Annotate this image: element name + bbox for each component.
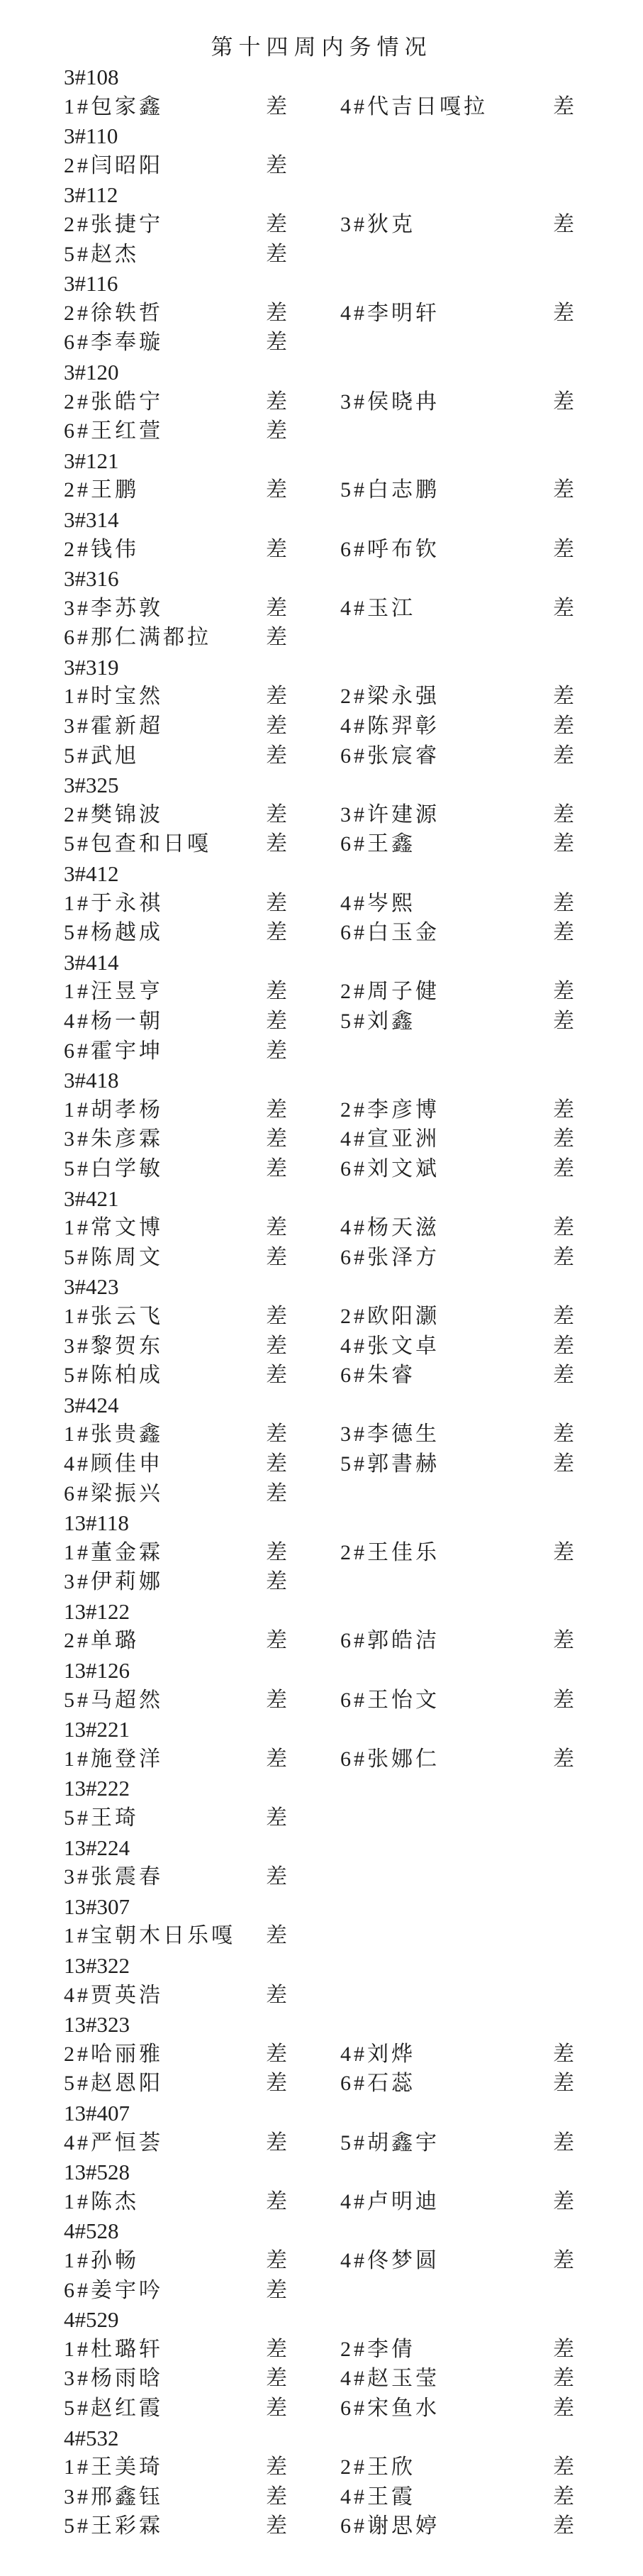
entry-row: 6#霍宇坤差 xyxy=(0,1037,643,1066)
room-number: 3#424 xyxy=(0,1391,643,1420)
grade-value: 差 xyxy=(266,829,340,859)
grade-value: 差 xyxy=(266,1538,340,1568)
student-name: 6#朱睿 xyxy=(340,1361,553,1391)
student-name: 1#时宝然 xyxy=(64,682,266,712)
student-name: 6#宋鱼水 xyxy=(340,2394,553,2423)
entry-row: 6#姜宇吟差 xyxy=(0,2276,643,2306)
grade-value: 差 xyxy=(266,977,340,1007)
room-section: 13#126 5#马超然差6#王怡文差 xyxy=(0,1656,643,1715)
grade-value: 差 xyxy=(266,1479,340,1509)
student-name: 2#单璐 xyxy=(64,1626,266,1656)
grade-value: 差 xyxy=(553,2511,596,2541)
entry-row: 2#樊锦波差3#许建源差 xyxy=(0,800,643,830)
grade-value: 差 xyxy=(266,1626,340,1656)
student-name: 6#姜宇吟 xyxy=(64,2276,266,2306)
grade-value: 差 xyxy=(266,741,340,771)
entry-row: 1#时宝然差2#梁永强差 xyxy=(0,682,643,712)
student-name: 2#张捷宁 xyxy=(64,210,266,240)
grade-value: 差 xyxy=(266,2128,340,2158)
room-section: 3#121 2#王鹏差5#白志鹏差 xyxy=(0,446,643,505)
student-name: 3#狄克 xyxy=(340,210,553,240)
entry-row: 1#王美琦差2#王欣差 xyxy=(0,2453,643,2482)
student-name: 5#武旭 xyxy=(64,741,266,771)
room-number: 4#528 xyxy=(0,2216,643,2246)
student-name: 6#石蕊 xyxy=(340,2069,553,2099)
room-section: 3#116 2#徐轶哲差4#李明轩差6#李奉璇差 xyxy=(0,269,643,358)
grade-value: 差 xyxy=(553,2128,596,2158)
student-name: 4#王霞 xyxy=(340,2482,553,2512)
room-number: 13#307 xyxy=(0,1892,643,1922)
entry-row: 4#严恒荟差5#胡鑫宇差 xyxy=(0,2128,643,2158)
grade-value: 差 xyxy=(553,1626,596,1656)
entry-row: 5#陈周文差6#张泽方差 xyxy=(0,1243,643,1273)
room-section: 4#529 1#杜璐轩差2#李倩差3#杨雨晗差4#赵玉莹差5#赵红霞差6#宋鱼水… xyxy=(0,2305,643,2423)
room-section: 4#528 1#孙畅差4#佟梦圆差6#姜宇吟差 xyxy=(0,2216,643,2305)
grade-value: 差 xyxy=(553,1154,596,1184)
entry-row: 6#李奉璇差 xyxy=(0,328,643,358)
entry-row: 1#汪昱亨差2#周子健差 xyxy=(0,977,643,1007)
grade-value: 差 xyxy=(266,1862,340,1892)
document-page: 第十四周内务情况 3#108 1#包家鑫差4#代吉日嘎拉差 3#110 2#闫昭… xyxy=(0,0,643,2576)
entry-row: 3#霍新超差4#陈羿彰差 xyxy=(0,712,643,741)
grade-value: 差 xyxy=(266,2364,340,2394)
grade-value: 差 xyxy=(266,92,340,122)
student-name: 5#赵红霞 xyxy=(64,2394,266,2423)
grade-value: 差 xyxy=(553,475,596,505)
student-name: 6#白玉金 xyxy=(340,918,553,948)
grade-value: 差 xyxy=(553,1213,596,1243)
entry-row: 5#武旭差6#张宸睿差 xyxy=(0,741,643,771)
student-name: 4#贾英浩 xyxy=(64,1981,266,2011)
grade-value: 差 xyxy=(266,1981,340,2011)
student-name: 5#白学敏 xyxy=(64,1154,266,1184)
room-section: 4#532 1#王美琦差2#王欣差3#邢鑫钰差4#王霞差5#王彩霖差6#谢思婷差 xyxy=(0,2423,643,2541)
room-section: 3#314 2#钱伟差6#呼布钦差 xyxy=(0,505,643,564)
entry-row: 3#黎贺东差4#张文卓差 xyxy=(0,1332,643,1361)
room-rows: 1#汪昱亨差2#周子健差4#杨一朝差5#刘鑫差6#霍宇坤差 xyxy=(0,977,643,1066)
student-name: 6#李奉璇 xyxy=(64,328,266,358)
grade-value: 差 xyxy=(553,2040,596,2069)
grade-value: 差 xyxy=(553,594,596,624)
grade-value: 差 xyxy=(553,889,596,919)
grade-value: 差 xyxy=(266,328,340,358)
room-rows: 1#孙畅差4#佟梦圆差6#姜宇吟差 xyxy=(0,2246,643,2305)
student-name: 6#那仁满都拉 xyxy=(64,623,266,653)
student-name: 4#顾佳申 xyxy=(64,1449,266,1479)
student-name: 6#郭皓洁 xyxy=(340,1626,553,1656)
room-section: 3#414 1#汪昱亨差2#周子健差4#杨一朝差5#刘鑫差6#霍宇坤差 xyxy=(0,948,643,1066)
student-name: 5#郭書赫 xyxy=(340,1449,553,1479)
grade-value: 差 xyxy=(553,1095,596,1125)
entry-row: 4#顾佳申差5#郭書赫差 xyxy=(0,1449,643,1479)
entry-row: 5#杨越成差6#白玉金差 xyxy=(0,918,643,948)
entry-row: 5#白学敏差6#刘文斌差 xyxy=(0,1154,643,1184)
room-rows: 1#张贵鑫差3#李德生差4#顾佳申差5#郭書赫差6#梁振兴差 xyxy=(0,1420,643,1508)
grade-value: 差 xyxy=(266,210,340,240)
student-name: 5#王琦 xyxy=(64,1803,266,1833)
room-number: 13#407 xyxy=(0,2099,643,2128)
student-name: 3#黎贺东 xyxy=(64,1332,266,1361)
student-name: 4#张文卓 xyxy=(340,1332,553,1361)
grade-value: 差 xyxy=(266,2394,340,2423)
student-name: 4#刘烨 xyxy=(340,2040,553,2069)
student-name: 6#王怡文 xyxy=(340,1686,553,1715)
student-name: 4#佟梦圆 xyxy=(340,2246,553,2276)
entry-row: 3#朱彦霖差4#宣亚洲差 xyxy=(0,1124,643,1154)
grade-value: 差 xyxy=(266,1243,340,1273)
entry-row: 1#孙畅差4#佟梦圆差 xyxy=(0,2246,643,2276)
entry-row: 6#王红萱差 xyxy=(0,416,643,446)
room-number: 3#108 xyxy=(0,62,643,92)
entry-row: 1#于永祺差4#岑熙差 xyxy=(0,889,643,919)
room-number: 13#528 xyxy=(0,2157,643,2187)
grade-value: 差 xyxy=(266,2453,340,2482)
room-section: 13#307 1#宝朝木日乐嘎差 xyxy=(0,1892,643,1951)
room-number: 13#323 xyxy=(0,2010,643,2040)
grade-value: 差 xyxy=(266,1332,340,1361)
student-name: 1#董金霖 xyxy=(64,1538,266,1568)
student-name: 3#邢鑫钰 xyxy=(64,2482,266,2512)
student-name: 4#杨天滋 xyxy=(340,1213,553,1243)
student-name: 6#张娜仁 xyxy=(340,1745,553,1774)
grade-value: 差 xyxy=(266,889,340,919)
room-rows: 2#徐轶哲差4#李明轩差6#李奉璇差 xyxy=(0,299,643,358)
grade-value: 差 xyxy=(266,623,340,653)
grade-value: 差 xyxy=(266,1154,340,1184)
grade-value: 差 xyxy=(266,712,340,741)
room-rows: 1#王美琦差2#王欣差3#邢鑫钰差4#王霞差5#王彩霖差6#谢思婷差 xyxy=(0,2453,643,2541)
student-name: 4#卢明迪 xyxy=(340,2187,553,2217)
page-title: 第十四周内务情况 xyxy=(0,0,643,62)
student-name: 5#陈柏成 xyxy=(64,1361,266,1391)
student-name: 1#宝朝木日乐嘎 xyxy=(64,1921,266,1951)
entry-row: 5#马超然差6#王怡文差 xyxy=(0,1686,643,1715)
grade-value: 差 xyxy=(266,1095,340,1125)
entry-row: 2#钱伟差6#呼布钦差 xyxy=(0,535,643,565)
grade-value: 差 xyxy=(266,2069,340,2099)
student-name: 4#赵玉莹 xyxy=(340,2364,553,2394)
grade-value: 差 xyxy=(553,800,596,830)
student-name: 1#包家鑫 xyxy=(64,92,266,122)
grade-value: 差 xyxy=(266,1686,340,1715)
room-rows: 2#王鹏差5#白志鹏差 xyxy=(0,475,643,505)
grade-value: 差 xyxy=(553,2335,596,2365)
grade-value: 差 xyxy=(553,1449,596,1479)
room-rows: 2#闫昭阳差 xyxy=(0,151,643,181)
room-rows: 1#陈杰差4#卢明迪差 xyxy=(0,2187,643,2217)
student-name: 3#侯晓冉 xyxy=(340,387,553,417)
room-rows: 2#张皓宁差3#侯晓冉差6#王红萱差 xyxy=(0,387,643,446)
student-name: 6#呼布钦 xyxy=(340,535,553,565)
grade-value: 差 xyxy=(553,2069,596,2099)
grade-value: 差 xyxy=(553,977,596,1007)
student-name: 1#施登洋 xyxy=(64,1745,266,1774)
room-number: 13#221 xyxy=(0,1715,643,1745)
room-rows: 1#于永祺差4#岑熙差5#杨越成差6#白玉金差 xyxy=(0,889,643,948)
student-name: 2#王佳乐 xyxy=(340,1538,553,1568)
grade-value: 差 xyxy=(266,2335,340,2365)
grade-value: 差 xyxy=(553,2394,596,2423)
student-name: 6#王红萱 xyxy=(64,416,266,446)
room-rows: 3#李苏敦差4#玉江差6#那仁满都拉差 xyxy=(0,594,643,653)
student-name: 5#杨越成 xyxy=(64,918,266,948)
room-rows: 1#杜璐轩差2#李倩差3#杨雨晗差4#赵玉莹差5#赵红霞差6#宋鱼水差 xyxy=(0,2335,643,2423)
entry-row: 5#王彩霖差6#谢思婷差 xyxy=(0,2511,643,2541)
student-name: 2#闫昭阳 xyxy=(64,151,266,181)
grade-value: 差 xyxy=(266,1420,340,1449)
room-rows: 1#时宝然差2#梁永强差3#霍新超差4#陈羿彰差5#武旭差6#张宸睿差 xyxy=(0,682,643,770)
student-name: 2#梁永强 xyxy=(340,682,553,712)
entry-row: 5#赵红霞差6#宋鱼水差 xyxy=(0,2394,643,2423)
student-name: 1#孙畅 xyxy=(64,2246,266,2276)
grade-value: 差 xyxy=(266,2276,340,2306)
grade-value: 差 xyxy=(553,682,596,712)
room-rows: 3#张震春差 xyxy=(0,1862,643,1892)
student-name: 1#张贵鑫 xyxy=(64,1420,266,1449)
grade-value: 差 xyxy=(553,1124,596,1154)
room-rows: 4#严恒荟差5#胡鑫宇差 xyxy=(0,2128,643,2158)
room-number: 3#121 xyxy=(0,446,643,476)
room-number: 4#532 xyxy=(0,2423,643,2453)
student-name: 3#李苏敦 xyxy=(64,594,266,624)
student-name: 1#杜璐轩 xyxy=(64,2335,266,2365)
entry-row: 5#赵杰差 xyxy=(0,240,643,270)
room-rows: 2#哈丽雅差4#刘烨差5#赵恩阳差6#石蕊差 xyxy=(0,2040,643,2099)
room-rows: 1#常文博差4#杨天滋差5#陈周文差6#张泽方差 xyxy=(0,1213,643,1272)
grade-value: 差 xyxy=(266,800,340,830)
grade-value: 差 xyxy=(553,2482,596,2512)
grade-value: 差 xyxy=(266,1361,340,1391)
student-name: 2#李倩 xyxy=(340,2335,553,2365)
entry-row: 5#陈柏成差6#朱睿差 xyxy=(0,1361,643,1391)
grade-value: 差 xyxy=(553,918,596,948)
student-name: 4#代吉日嘎拉 xyxy=(340,92,553,122)
student-name: 2#张皓宁 xyxy=(64,387,266,417)
grade-value: 差 xyxy=(553,1361,596,1391)
student-name: 3#朱彦霖 xyxy=(64,1124,266,1154)
student-name: 5#刘鑫 xyxy=(340,1007,553,1037)
entry-row: 5#王琦差 xyxy=(0,1803,643,1833)
entry-row: 2#王鹏差5#白志鹏差 xyxy=(0,475,643,505)
room-section: 13#224 3#张震春差 xyxy=(0,1833,643,1892)
room-number: 4#529 xyxy=(0,2305,643,2335)
student-name: 2#徐轶哲 xyxy=(64,299,266,328)
entry-row: 2#徐轶哲差4#李明轩差 xyxy=(0,299,643,328)
student-name: 5#陈周文 xyxy=(64,1243,266,1273)
student-name: 5#白志鹏 xyxy=(340,475,553,505)
entry-row: 2#哈丽雅差4#刘烨差 xyxy=(0,2040,643,2069)
student-name: 2#李彦博 xyxy=(340,1095,553,1125)
entry-row: 3#张震春差 xyxy=(0,1862,643,1892)
room-rows: 5#王琦差 xyxy=(0,1803,643,1833)
student-name: 2#钱伟 xyxy=(64,535,266,565)
student-name: 6#谢思婷 xyxy=(340,2511,553,2541)
entry-row: 1#杜璐轩差2#李倩差 xyxy=(0,2335,643,2365)
room-rows: 1#胡孝杨差2#李彦博差3#朱彦霖差4#宣亚洲差5#白学敏差6#刘文斌差 xyxy=(0,1095,643,1184)
grade-value: 差 xyxy=(266,1745,340,1774)
student-name: 6#刘文斌 xyxy=(340,1154,553,1184)
grade-value: 差 xyxy=(553,1745,596,1774)
grade-value: 差 xyxy=(266,416,340,446)
room-number: 3#110 xyxy=(0,121,643,151)
grade-value: 差 xyxy=(553,92,596,122)
student-name: 4#严恒荟 xyxy=(64,2128,266,2158)
room-section: 13#222 5#王琦差 xyxy=(0,1774,643,1833)
room-rows: 5#马超然差6#王怡文差 xyxy=(0,1686,643,1715)
entry-row: 6#那仁满都拉差 xyxy=(0,623,643,653)
grade-value: 差 xyxy=(266,1803,340,1833)
room-rows: 2#樊锦波差3#许建源差5#包查和日嘎差6#王鑫差 xyxy=(0,800,643,859)
grade-value: 差 xyxy=(553,2453,596,2482)
room-rows: 4#贾英浩差 xyxy=(0,1981,643,2011)
grade-value: 差 xyxy=(266,1921,340,1951)
room-section: 3#110 2#闫昭阳差 xyxy=(0,121,643,180)
room-section: 3#325 2#樊锦波差3#许建源差5#包查和日嘎差6#王鑫差 xyxy=(0,770,643,859)
student-name: 3#杨雨晗 xyxy=(64,2364,266,2394)
grade-value: 差 xyxy=(266,1124,340,1154)
student-name: 2#王鹏 xyxy=(64,475,266,505)
room-number: 13#322 xyxy=(0,1951,643,1981)
grade-value: 差 xyxy=(553,2187,596,2217)
grade-value: 差 xyxy=(266,1037,340,1066)
room-rows: 2#钱伟差6#呼布钦差 xyxy=(0,535,643,565)
room-section: 3#412 1#于永祺差4#岑熙差5#杨越成差6#白玉金差 xyxy=(0,859,643,948)
room-rows: 1#宝朝木日乐嘎差 xyxy=(0,1921,643,1951)
room-number: 3#116 xyxy=(0,269,643,299)
entry-row: 3#杨雨晗差4#赵玉莹差 xyxy=(0,2364,643,2394)
entry-row: 1#包家鑫差4#代吉日嘎拉差 xyxy=(0,92,643,122)
student-name: 2#周子健 xyxy=(340,977,553,1007)
room-number: 13#222 xyxy=(0,1774,643,1803)
entry-row: 2#闫昭阳差 xyxy=(0,151,643,181)
entry-row: 1#宝朝木日乐嘎差 xyxy=(0,1921,643,1951)
room-number: 3#319 xyxy=(0,653,643,682)
student-name: 1#王美琦 xyxy=(64,2453,266,2482)
grade-value: 差 xyxy=(266,2246,340,2276)
entry-row: 5#包查和日嘎差6#王鑫差 xyxy=(0,829,643,859)
grade-value: 差 xyxy=(553,1332,596,1361)
grade-value: 差 xyxy=(266,918,340,948)
student-name: 6#霍宇坤 xyxy=(64,1037,266,1066)
room-number: 13#122 xyxy=(0,1597,643,1627)
entry-row: 2#单璐差6#郭皓洁差 xyxy=(0,1626,643,1656)
grade-value: 差 xyxy=(553,1420,596,1449)
room-rows: 1#包家鑫差4#代吉日嘎拉差 xyxy=(0,92,643,122)
grade-value: 差 xyxy=(553,2364,596,2394)
entry-row: 3#李苏敦差4#玉江差 xyxy=(0,594,643,624)
student-name: 1#陈杰 xyxy=(64,2187,266,2217)
grade-value: 差 xyxy=(553,210,596,240)
room-section: 3#112 2#张捷宁差3#狄克差5#赵杰差 xyxy=(0,180,643,269)
room-rows: 1#施登洋差6#张娜仁差 xyxy=(0,1745,643,1774)
student-name: 5#马超然 xyxy=(64,1686,266,1715)
student-name: 6#王鑫 xyxy=(340,829,553,859)
student-name: 5#赵杰 xyxy=(64,240,266,270)
student-name: 4#宣亚洲 xyxy=(340,1124,553,1154)
room-number: 3#412 xyxy=(0,859,643,889)
entry-row: 2#张皓宁差3#侯晓冉差 xyxy=(0,387,643,417)
student-name: 4#玉江 xyxy=(340,594,553,624)
grade-value: 差 xyxy=(266,387,340,417)
room-number: 3#112 xyxy=(0,180,643,210)
entry-row: 3#伊莉娜差 xyxy=(0,1567,643,1597)
room-rows: 2#张捷宁差3#狄克差5#赵杰差 xyxy=(0,210,643,269)
room-number: 3#120 xyxy=(0,358,643,387)
student-name: 2#欧阳灏 xyxy=(340,1302,553,1332)
student-name: 4#岑熙 xyxy=(340,889,553,919)
room-section: 3#424 1#张贵鑫差3#李德生差4#顾佳申差5#郭書赫差6#梁振兴差 xyxy=(0,1391,643,1508)
student-name: 6#张泽方 xyxy=(340,1243,553,1273)
student-name: 3#李德生 xyxy=(340,1420,553,1449)
entry-row: 2#张捷宁差3#狄克差 xyxy=(0,210,643,240)
room-section: 13#322 4#贾英浩差 xyxy=(0,1951,643,2010)
student-name: 2#樊锦波 xyxy=(64,800,266,830)
student-name: 5#包查和日嘎 xyxy=(64,829,266,859)
grade-value: 差 xyxy=(553,712,596,741)
entry-row: 1#胡孝杨差2#李彦博差 xyxy=(0,1095,643,1125)
entry-row: 1#陈杰差4#卢明迪差 xyxy=(0,2187,643,2217)
grade-value: 差 xyxy=(266,151,340,181)
room-section: 13#122 2#单璐差6#郭皓洁差 xyxy=(0,1597,643,1656)
room-section: 3#108 1#包家鑫差4#代吉日嘎拉差 xyxy=(0,62,643,121)
student-name: 3#张震春 xyxy=(64,1862,266,1892)
entry-row: 6#梁振兴差 xyxy=(0,1479,643,1509)
student-name: 3#霍新超 xyxy=(64,712,266,741)
room-section: 3#120 2#张皓宁差3#侯晓冉差6#王红萱差 xyxy=(0,358,643,446)
grade-value: 差 xyxy=(553,741,596,771)
student-name: 2#王欣 xyxy=(340,2453,553,2482)
grade-value: 差 xyxy=(266,1449,340,1479)
room-number: 3#423 xyxy=(0,1272,643,1302)
grade-value: 差 xyxy=(266,1302,340,1332)
grade-value: 差 xyxy=(553,535,596,565)
grade-value: 差 xyxy=(553,387,596,417)
room-section: 13#118 1#董金霖差2#王佳乐差3#伊莉娜差 xyxy=(0,1508,643,1597)
student-name: 3#伊莉娜 xyxy=(64,1567,266,1597)
room-section: 3#418 1#胡孝杨差2#李彦博差3#朱彦霖差4#宣亚洲差5#白学敏差6#刘文… xyxy=(0,1066,643,1183)
grade-value: 差 xyxy=(553,1686,596,1715)
room-number: 3#421 xyxy=(0,1184,643,1214)
grade-value: 差 xyxy=(266,2187,340,2217)
room-rows: 1#张云飞差2#欧阳灏差3#黎贺东差4#张文卓差5#陈柏成差6#朱睿差 xyxy=(0,1302,643,1391)
student-name: 5#胡鑫宇 xyxy=(340,2128,553,2158)
room-number: 3#418 xyxy=(0,1066,643,1095)
student-name: 1#于永祺 xyxy=(64,889,266,919)
entry-row: 1#张贵鑫差3#李德生差 xyxy=(0,1420,643,1449)
room-number: 13#224 xyxy=(0,1833,643,1863)
room-number: 13#118 xyxy=(0,1508,643,1538)
room-section: 13#528 1#陈杰差4#卢明迪差 xyxy=(0,2157,643,2216)
grade-value: 差 xyxy=(266,1567,340,1597)
grade-value: 差 xyxy=(553,1007,596,1037)
grade-value: 差 xyxy=(266,475,340,505)
grade-value: 差 xyxy=(553,1302,596,1332)
student-name: 5#赵恩阳 xyxy=(64,2069,266,2099)
room-rows: 1#董金霖差2#王佳乐差3#伊莉娜差 xyxy=(0,1538,643,1597)
room-section: 3#421 1#常文博差4#杨天滋差5#陈周文差6#张泽方差 xyxy=(0,1184,643,1273)
student-name: 1#汪昱亨 xyxy=(64,977,266,1007)
student-name: 3#许建源 xyxy=(340,800,553,830)
grade-value: 差 xyxy=(266,1213,340,1243)
grade-value: 差 xyxy=(553,1243,596,1273)
grade-value: 差 xyxy=(266,240,340,270)
entry-row: 3#邢鑫钰差4#王霞差 xyxy=(0,2482,643,2512)
grade-value: 差 xyxy=(266,1007,340,1037)
room-section: 3#316 3#李苏敦差4#玉江差6#那仁满都拉差 xyxy=(0,564,643,653)
student-name: 6#梁振兴 xyxy=(64,1479,266,1509)
grade-value: 差 xyxy=(553,829,596,859)
grade-value: 差 xyxy=(266,594,340,624)
